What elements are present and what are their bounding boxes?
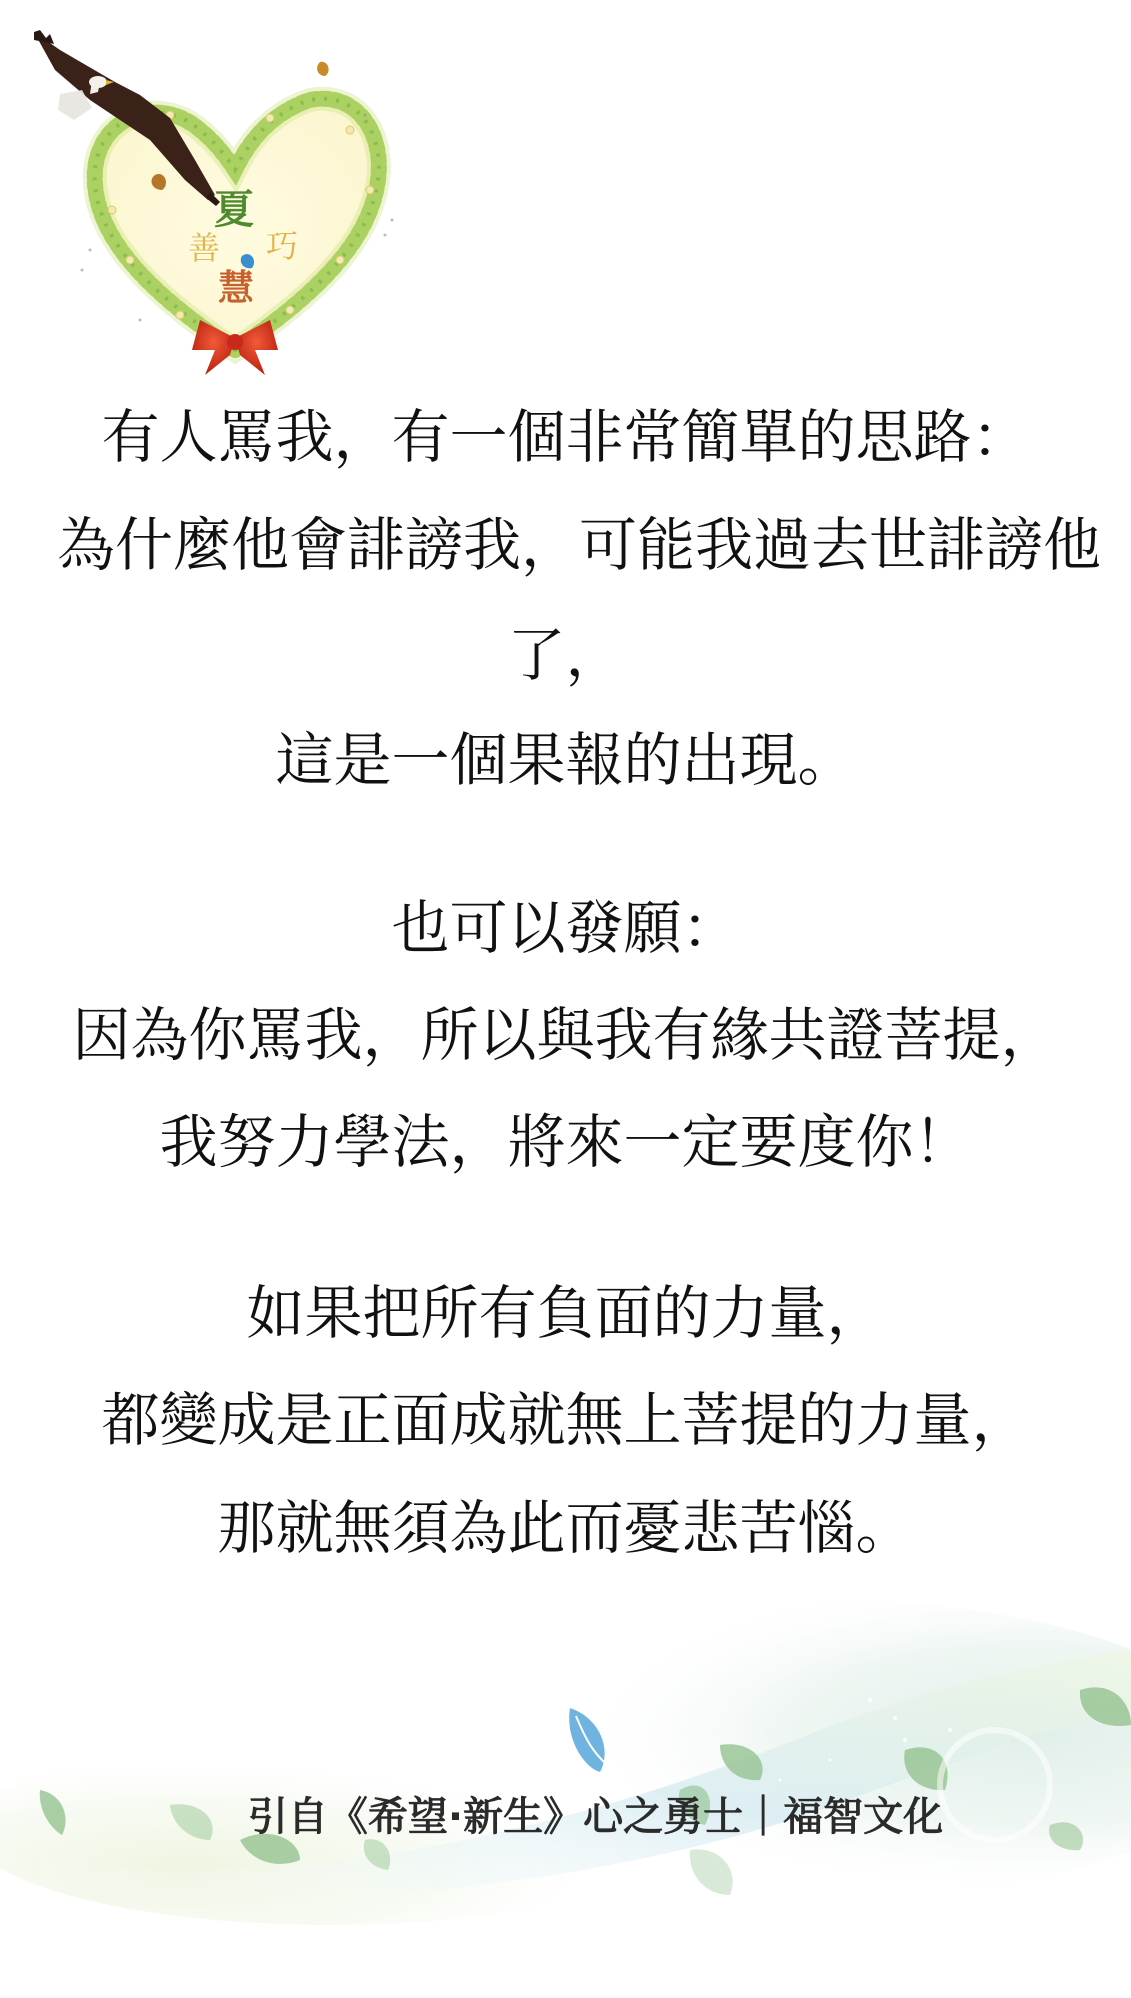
quote-line: 有人罵我，有一個非常簡單的思路： [0, 408, 1131, 466]
quote-line: 如果把所有負面的力量， [0, 1284, 1131, 1342]
logo-char-left: 善 [188, 232, 220, 264]
source-caption: 引自《希望·新生》心之勇士｜福智文化 [0, 1795, 1131, 1839]
quote-line: 我努力學法，將來一定要度你！ [0, 1113, 1131, 1171]
leaves-background [0, 1600, 1131, 1940]
quote-line: 為什麼他會誹謗我，可能我過去世誹謗他 [57, 516, 1101, 574]
quote-line: 了， [0, 626, 1131, 684]
quote-line: 也可以發願： [0, 899, 1131, 957]
quote-line: 那就無須為此而憂悲苦惱。 [0, 1499, 1131, 1557]
logo-char-bottom: 慧 [218, 270, 254, 306]
quote-line: 因為你罵我，所以與我有緣共證菩提， [0, 1006, 1131, 1064]
butterfly-icon [317, 62, 329, 76]
heart-wreath-logo: 夏 善 巧 慧 [20, 20, 400, 380]
quote-line: 都變成是正面成就無上菩提的力量， [0, 1391, 1131, 1449]
logo-char-top: 夏 [214, 190, 254, 230]
logo-char-right: 巧 [266, 230, 298, 262]
footer-decoration [0, 1600, 1131, 1940]
quote-line: 這是一個果報的出現。 [0, 731, 1131, 789]
quote-card: 夏 善 巧 慧 有人罵我，有一個非常簡單的思路： 為什麼他會誹謗我，可能我過去世… [0, 0, 1131, 1998]
heart-wreath-illustration [20, 20, 400, 380]
